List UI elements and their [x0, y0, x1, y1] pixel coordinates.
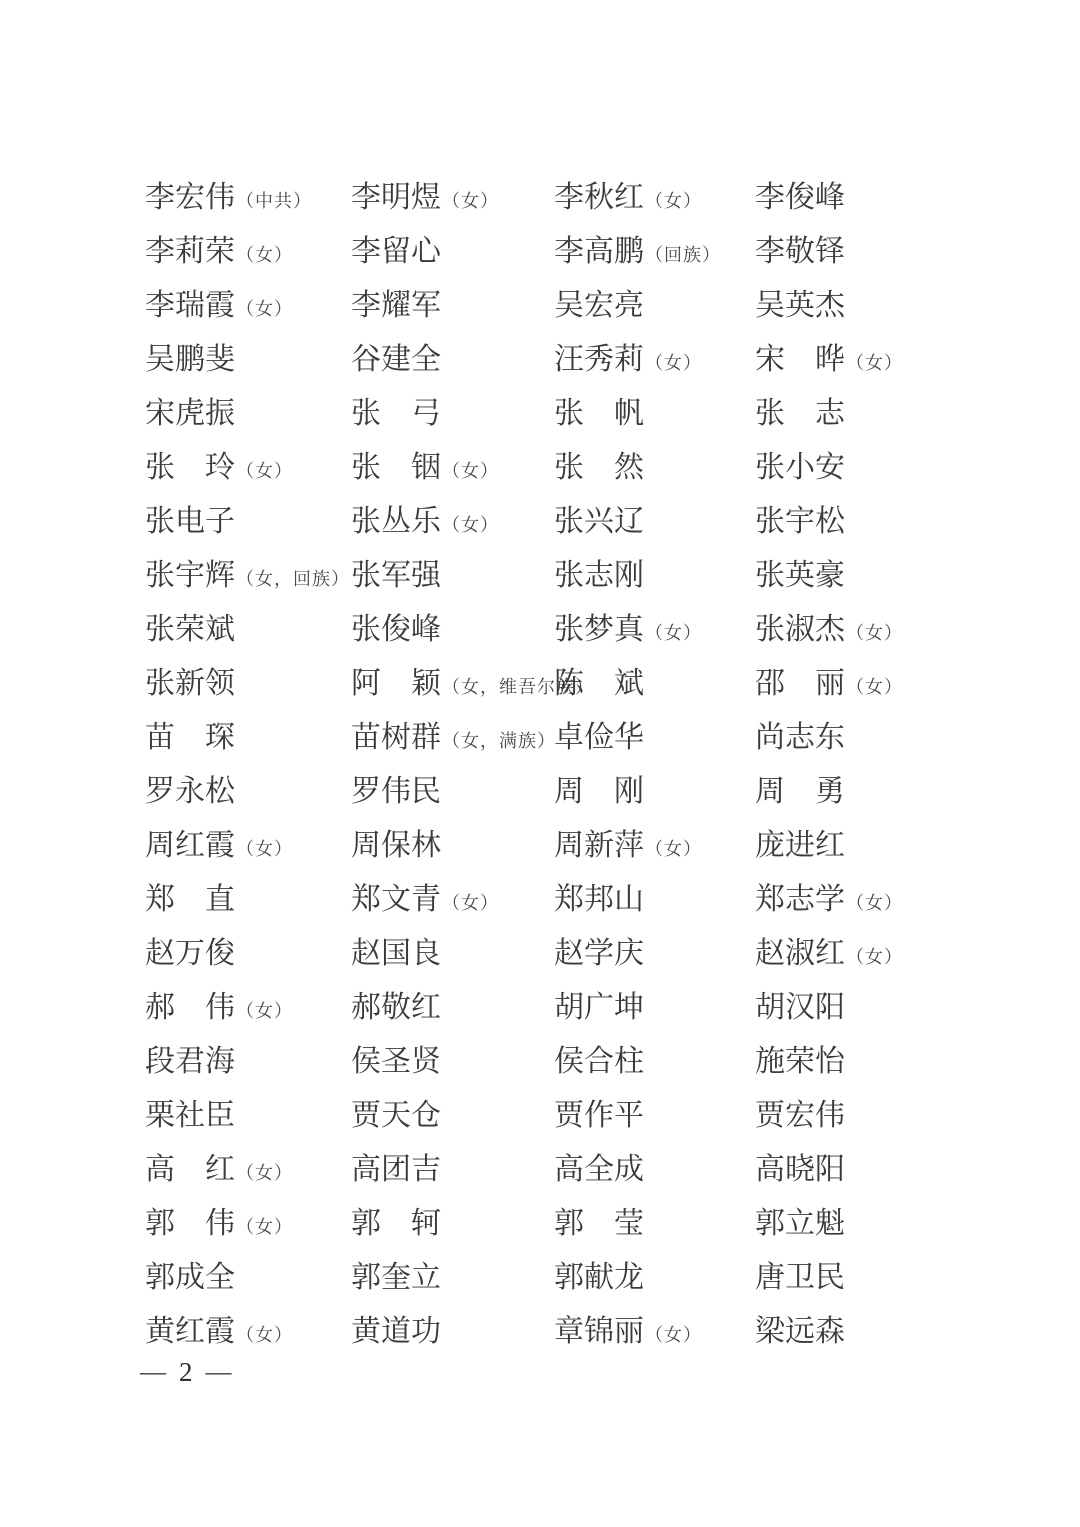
name-entry: 赵淑红（女）	[755, 927, 957, 981]
person-note: （中共）	[236, 174, 312, 228]
person-name: 李俊峰	[755, 171, 845, 225]
person-name: 梁远森	[755, 1305, 845, 1359]
person-note: （女）	[236, 282, 293, 336]
person-note: （女）	[645, 606, 702, 660]
name-entry: 郝 伟（女）	[145, 981, 351, 1035]
person-name: 张梦真	[554, 603, 644, 657]
name-entry: 罗永松	[145, 765, 351, 819]
person-name: 郭立魁	[755, 1197, 845, 1251]
person-name: 吴英杰	[755, 279, 845, 333]
person-note: （女）	[236, 1146, 293, 1200]
person-name: 侯合柱	[554, 1035, 644, 1089]
person-note: （女）	[645, 174, 702, 228]
person-note: （女）	[645, 1308, 702, 1362]
name-entry: 李耀军	[351, 279, 554, 333]
name-entry: 郭 轲	[351, 1197, 554, 1251]
name-entry: 高晓阳	[755, 1143, 957, 1197]
name-entry: 赵万俊	[145, 927, 351, 981]
name-entry: 吴鹏斐	[145, 333, 351, 387]
person-name: 贾天仓	[351, 1089, 441, 1143]
name-entry: 施荣怡	[755, 1035, 957, 1089]
person-note: （女）	[442, 174, 499, 228]
name-entry: 郝敬红	[351, 981, 554, 1035]
person-name: 张荣斌	[145, 603, 235, 657]
name-entry: 郭成全	[145, 1251, 351, 1305]
person-name: 李高鹏	[554, 225, 644, 279]
person-name: 高团吉	[351, 1143, 441, 1197]
name-entry: 张淑杰（女）	[755, 603, 957, 657]
person-note: （女，满族）	[442, 714, 556, 768]
name-entry: 张电子	[145, 495, 351, 549]
person-note: （女）	[236, 1308, 293, 1362]
name-entry: 周新萍（女）	[554, 819, 755, 873]
person-note: （女）	[645, 336, 702, 390]
name-entry: 李瑞霞（女）	[145, 279, 351, 333]
person-name: 高晓阳	[755, 1143, 845, 1197]
name-entry: 黄红霞（女）	[145, 1305, 351, 1359]
name-entry: 章锦丽（女）	[554, 1305, 755, 1359]
name-entry: 郑志学（女）	[755, 873, 957, 927]
person-name: 张英豪	[755, 549, 845, 603]
person-name: 张宇松	[755, 495, 845, 549]
person-name: 高 红	[145, 1143, 235, 1197]
person-note: （女）	[442, 876, 499, 930]
person-name: 侯圣贤	[351, 1035, 441, 1089]
footer-dash-left: —	[140, 1357, 166, 1387]
person-name: 栗社臣	[145, 1089, 235, 1143]
name-entry: 贾作平	[554, 1089, 755, 1143]
person-name: 吴鹏斐	[145, 333, 235, 387]
person-name: 谷建全	[351, 333, 441, 387]
name-entry: 周 刚	[554, 765, 755, 819]
person-name: 张志刚	[554, 549, 644, 603]
person-name: 唐卫民	[755, 1251, 845, 1305]
person-name: 周 刚	[554, 765, 644, 819]
person-name: 张电子	[145, 495, 235, 549]
person-name: 周 勇	[755, 765, 845, 819]
person-name: 贾宏伟	[755, 1089, 845, 1143]
person-name: 邵 丽	[755, 657, 845, 711]
name-entry: 庞进红	[755, 819, 957, 873]
name-entry: 郭奎立	[351, 1251, 554, 1305]
name-entry: 郭 伟（女）	[145, 1197, 351, 1251]
name-entry: 张 玲（女）	[145, 441, 351, 495]
person-name: 张淑杰	[755, 603, 845, 657]
person-name: 李莉荣	[145, 225, 235, 279]
person-name: 张 然	[554, 441, 644, 495]
person-note: （女，回族）	[236, 552, 350, 606]
person-name: 张 铟	[351, 441, 441, 495]
person-note: （女）	[846, 660, 903, 714]
person-name: 胡汉阳	[755, 981, 845, 1035]
name-entry: 周红霞（女）	[145, 819, 351, 873]
name-entry: 张小安	[755, 441, 957, 495]
person-note: （女）	[846, 930, 903, 984]
name-entry: 张 弓	[351, 387, 554, 441]
name-entry: 汪秀莉（女）	[554, 333, 755, 387]
person-note: （回族）	[645, 228, 721, 282]
person-note: （女）	[645, 822, 702, 876]
person-name: 张小安	[755, 441, 845, 495]
person-name: 郭 轲	[351, 1197, 441, 1251]
person-name: 郭奎立	[351, 1251, 441, 1305]
name-entry: 邵 丽（女）	[755, 657, 957, 711]
person-name: 卓俭华	[554, 711, 644, 765]
name-entry: 郑 直	[145, 873, 351, 927]
person-note: （女）	[442, 444, 499, 498]
person-name: 张丛乐	[351, 495, 441, 549]
person-name: 郭献龙	[554, 1251, 644, 1305]
person-name: 苗 琛	[145, 711, 235, 765]
name-entry: 李宏伟（中共）	[145, 171, 351, 225]
name-entry: 郭 莹	[554, 1197, 755, 1251]
name-entry: 高 红（女）	[145, 1143, 351, 1197]
person-name: 郝 伟	[145, 981, 235, 1035]
name-entry: 宋 晔（女）	[755, 333, 957, 387]
person-note: （女）	[846, 606, 903, 660]
person-name: 阿 颖	[351, 657, 441, 711]
name-entry: 胡广坤	[554, 981, 755, 1035]
name-entry: 张宇松	[755, 495, 957, 549]
name-entry: 李明煜（女）	[351, 171, 554, 225]
person-name: 罗永松	[145, 765, 235, 819]
person-name: 郑邦山	[554, 873, 644, 927]
name-entry: 唐卫民	[755, 1251, 957, 1305]
document-page: 李宏伟（中共）李明煜（女）李秋红（女）李俊峰李莉荣（女）李留心李高鹏（回族）李敬…	[0, 0, 1080, 1527]
person-name: 郭 莹	[554, 1197, 644, 1251]
person-name: 赵国良	[351, 927, 441, 981]
person-note: （女）	[236, 984, 293, 1038]
name-entry: 梁远森	[755, 1305, 957, 1359]
name-entry: 吴宏亮	[554, 279, 755, 333]
person-name: 张 志	[755, 387, 845, 441]
name-entry: 郑邦山	[554, 873, 755, 927]
name-entry: 谷建全	[351, 333, 554, 387]
name-entry: 苗 琛	[145, 711, 351, 765]
person-name: 赵学庆	[554, 927, 644, 981]
name-entry: 李秋红（女）	[554, 171, 755, 225]
person-name: 李宏伟	[145, 171, 235, 225]
name-entry: 贾天仓	[351, 1089, 554, 1143]
name-entry: 黄道功	[351, 1305, 554, 1359]
person-name: 宋虎振	[145, 387, 235, 441]
name-entry: 侯合柱	[554, 1035, 755, 1089]
name-entry: 宋虎振	[145, 387, 351, 441]
name-entry: 张 志	[755, 387, 957, 441]
person-name: 胡广坤	[554, 981, 644, 1035]
name-entry: 张军强	[351, 549, 554, 603]
name-entry: 张英豪	[755, 549, 957, 603]
person-note: （女）	[846, 336, 903, 390]
person-name: 苗树群	[351, 711, 441, 765]
name-entry: 张新领	[145, 657, 351, 711]
person-name: 贾作平	[554, 1089, 644, 1143]
person-note: （女）	[236, 1200, 293, 1254]
person-name: 段君海	[145, 1035, 235, 1089]
person-note: （女）	[442, 498, 499, 552]
footer-dash-right: —	[206, 1357, 232, 1387]
name-entry: 郭立魁	[755, 1197, 957, 1251]
person-name: 章锦丽	[554, 1305, 644, 1359]
page-number: 2	[179, 1357, 193, 1388]
name-entry: 苗树群（女，满族）	[351, 711, 554, 765]
person-note: （女）	[236, 444, 293, 498]
name-entry: 贾宏伟	[755, 1089, 957, 1143]
person-name: 高全成	[554, 1143, 644, 1197]
name-entry: 李莉荣（女）	[145, 225, 351, 279]
person-name: 尚志东	[755, 711, 845, 765]
name-entry: 张俊峰	[351, 603, 554, 657]
name-entry: 郭献龙	[554, 1251, 755, 1305]
person-name: 罗伟民	[351, 765, 441, 819]
name-entry: 胡汉阳	[755, 981, 957, 1035]
name-entry: 栗社臣	[145, 1089, 351, 1143]
person-name: 张 帆	[554, 387, 644, 441]
name-entry: 阿 颖（女，维吾尔族）	[351, 657, 554, 711]
person-name: 陈 斌	[554, 657, 644, 711]
name-entry: 卓俭华	[554, 711, 755, 765]
name-entry: 郑文青（女）	[351, 873, 554, 927]
name-entry: 张梦真（女）	[554, 603, 755, 657]
name-entry: 陈 斌	[554, 657, 755, 711]
name-roster: 李宏伟（中共）李明煜（女）李秋红（女）李俊峰李莉荣（女）李留心李高鹏（回族）李敬…	[145, 171, 957, 1359]
person-name: 郭 伟	[145, 1197, 235, 1251]
person-name: 施荣怡	[755, 1035, 845, 1089]
name-entry: 张志刚	[554, 549, 755, 603]
name-entry: 高团吉	[351, 1143, 554, 1197]
person-name: 张俊峰	[351, 603, 441, 657]
person-name: 周新萍	[554, 819, 644, 873]
name-entry: 侯圣贤	[351, 1035, 554, 1089]
person-name: 李留心	[351, 225, 441, 279]
person-note: （女）	[236, 228, 293, 282]
person-name: 张新领	[145, 657, 235, 711]
name-entry: 李敬铎	[755, 225, 957, 279]
person-name: 李瑞霞	[145, 279, 235, 333]
person-note: （女）	[846, 876, 903, 930]
person-name: 郑文青	[351, 873, 441, 927]
name-entry: 尚志东	[755, 711, 957, 765]
person-name: 郑 直	[145, 873, 235, 927]
person-name: 张军强	[351, 549, 441, 603]
person-name: 赵淑红	[755, 927, 845, 981]
name-entry: 张丛乐（女）	[351, 495, 554, 549]
person-name: 张兴辽	[554, 495, 644, 549]
name-entry: 李高鹏（回族）	[554, 225, 755, 279]
person-name: 张宇辉	[145, 549, 235, 603]
name-entry: 张 铟（女）	[351, 441, 554, 495]
person-name: 张 玲	[145, 441, 235, 495]
person-name: 李敬铎	[755, 225, 845, 279]
name-entry: 赵学庆	[554, 927, 755, 981]
person-name: 周红霞	[145, 819, 235, 873]
person-name: 吴宏亮	[554, 279, 644, 333]
person-name: 宋 晔	[755, 333, 845, 387]
name-entry: 周保林	[351, 819, 554, 873]
name-entry: 李俊峰	[755, 171, 957, 225]
name-entry: 张 帆	[554, 387, 755, 441]
name-entry: 吴英杰	[755, 279, 957, 333]
name-entry: 张 然	[554, 441, 755, 495]
person-name: 庞进红	[755, 819, 845, 873]
name-entry: 赵国良	[351, 927, 554, 981]
person-name: 郝敬红	[351, 981, 441, 1035]
person-name: 黄道功	[351, 1305, 441, 1359]
name-entry: 张兴辽	[554, 495, 755, 549]
name-entry: 周 勇	[755, 765, 957, 819]
person-name: 赵万俊	[145, 927, 235, 981]
name-entry: 段君海	[145, 1035, 351, 1089]
person-name: 黄红霞	[145, 1305, 235, 1359]
person-name: 郑志学	[755, 873, 845, 927]
person-note: （女）	[236, 822, 293, 876]
person-name: 李秋红	[554, 171, 644, 225]
name-entry: 张荣斌	[145, 603, 351, 657]
person-name: 郭成全	[145, 1251, 235, 1305]
name-entry: 李留心	[351, 225, 554, 279]
person-name: 汪秀莉	[554, 333, 644, 387]
person-name: 李明煜	[351, 171, 441, 225]
person-name: 张 弓	[351, 387, 441, 441]
page-footer: — 2 —	[140, 1352, 232, 1392]
name-entry: 罗伟民	[351, 765, 554, 819]
name-entry: 高全成	[554, 1143, 755, 1197]
name-entry: 张宇辉（女，回族）	[145, 549, 351, 603]
person-name: 李耀军	[351, 279, 441, 333]
person-name: 周保林	[351, 819, 441, 873]
